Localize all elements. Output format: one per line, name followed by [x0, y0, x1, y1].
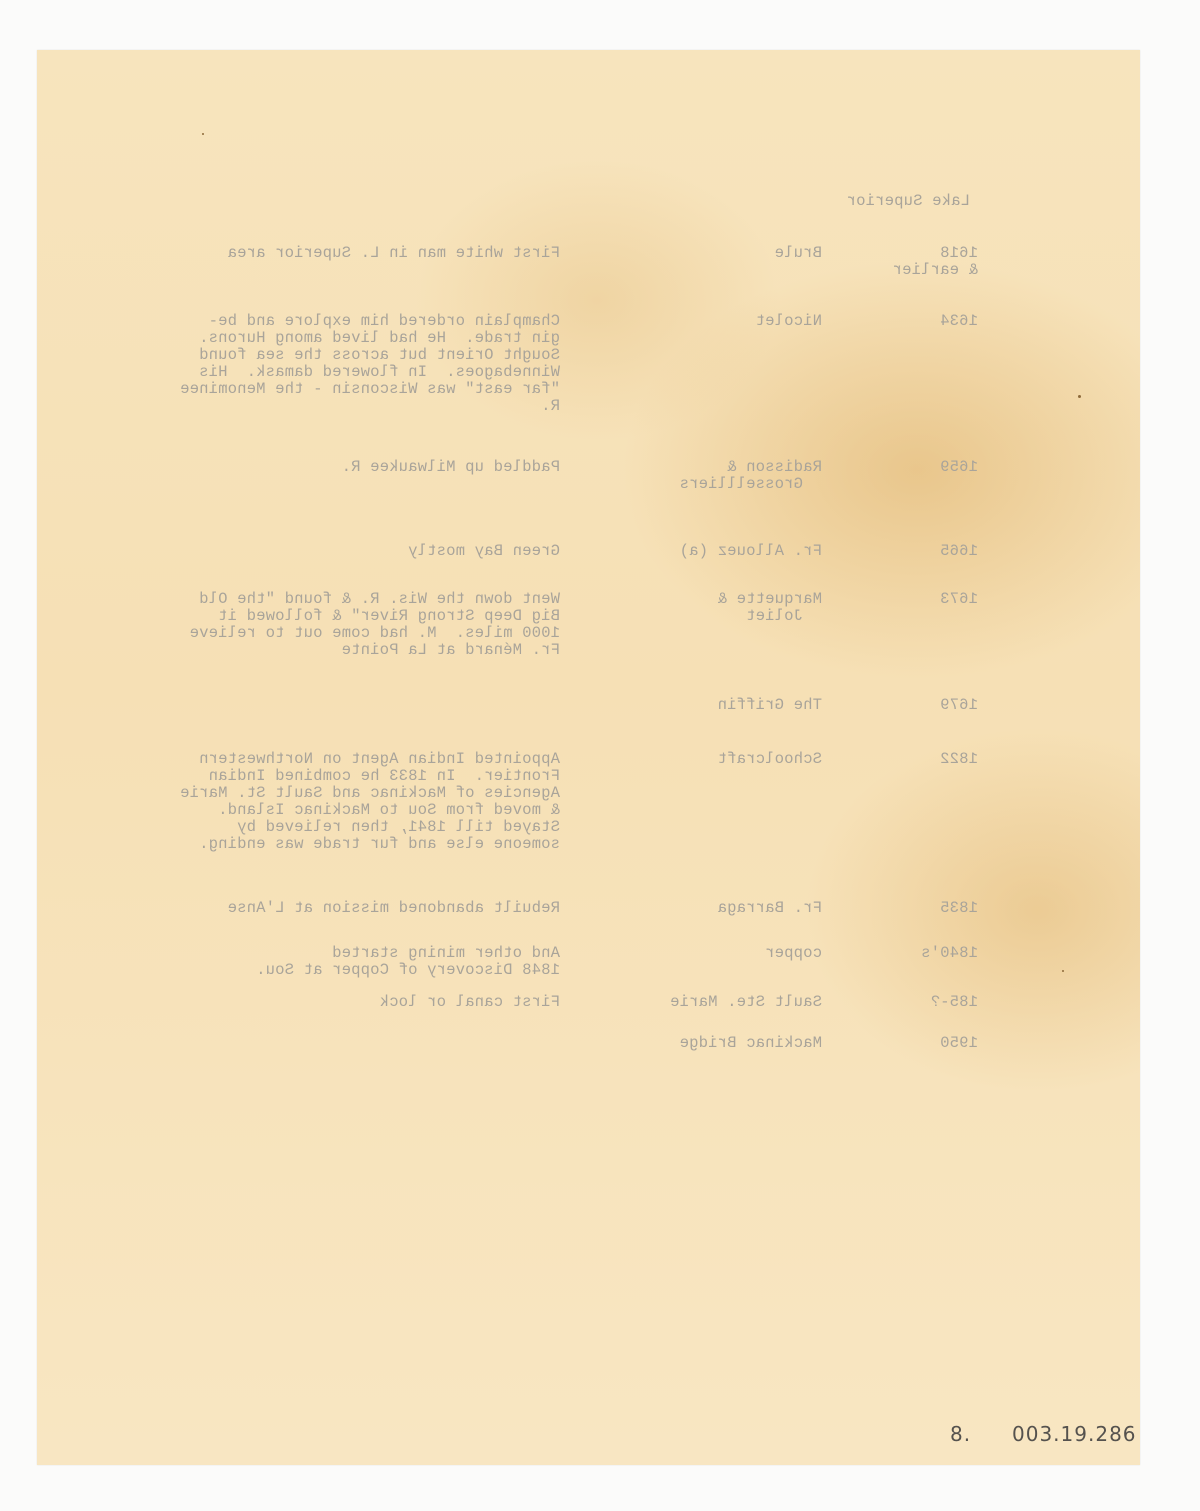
entry-description-line: First canal or lock [379, 994, 560, 1011]
entry-description: First canal or lock [379, 994, 560, 1011]
entry-subject-line: copper [765, 945, 822, 962]
entry-subject-line: Nicolet [755, 313, 822, 330]
entry-subject-line: Radisson & [679, 459, 822, 476]
entry-subject-line: Joliet [717, 608, 822, 625]
entry-year: 1679 [940, 697, 978, 714]
entry-description-line: Winnebagoes. In flowered damask. His [180, 364, 560, 381]
entry-subject-line: Brule [774, 245, 822, 262]
entry-subject-line: Sault Ste. Marie [670, 994, 822, 1011]
entry-description-line: 1848 Discovery of Copper at Sou. [256, 962, 560, 979]
mirrored-typed-text: Lake Superior 1618& earlierBruleFirst wh… [0, 0, 1200, 1511]
entry-description: First white man in L. Superior area [227, 245, 560, 262]
entry-subject: copper [765, 945, 822, 962]
entry-subject: Nicolet [755, 313, 822, 330]
entry-year: 1673 [940, 591, 978, 608]
entry-year: 1634 [940, 313, 978, 330]
entry-description-line: R. [180, 398, 560, 415]
entry-description-line: Frontier. In 1833 he combined Indian [180, 768, 560, 785]
entry-description-line: "far east" was Wisconsin - the Menominee [180, 381, 560, 398]
entry-description-line: Big Deep Strong River" & followed it [189, 608, 560, 625]
entry-subject: Brule [774, 245, 822, 262]
entry-description-line: Agencies of Mackinac and Sault St. Marie [180, 785, 560, 802]
entry-subject: Mackinac Bridge [679, 1035, 822, 1052]
entry-subject: Sault Ste. Marie [670, 994, 822, 1011]
entry-subject-line: Mackinac Bridge [679, 1035, 822, 1052]
entry-subject-line: Fr. Allouez (a) [679, 543, 822, 560]
entry-description-line: Went down the Wis. R. & found "the Old [189, 591, 560, 608]
entry-year: 1665 [940, 543, 978, 560]
entry-description-line: Appointed Indian Agent on Northwestern [180, 751, 560, 768]
entry-description-line: Green Bay mostly [408, 543, 560, 560]
entry-description: Went down the Wis. R. & found "the OldBi… [189, 591, 560, 659]
entry-year-line: 1665 [940, 543, 978, 560]
entry-description-line: And other mining started [256, 945, 560, 962]
entry-year: 185-? [930, 994, 978, 1011]
entry-description-line: 1000 miles. M. had come out to relieve [189, 625, 560, 642]
entry-year: 1840's [921, 945, 978, 962]
entry-description-line: Rebuilt abandoned mission at L'Anse [227, 900, 560, 917]
entry-description-line: Sought Orient but across the sea found [180, 347, 560, 364]
entry-description: Champlain ordered him explore and be-gin… [180, 313, 560, 415]
entry-subject: Radisson & Grossellliers [679, 459, 822, 493]
entry-year-line: 1840's [921, 945, 978, 962]
entry-description: Paddled up Milwaukee R. [341, 459, 560, 476]
entry-subject-line: Fr. Barraga [717, 900, 822, 917]
entry-description: Green Bay mostly [408, 543, 560, 560]
entry-subject: Fr. Allouez (a) [679, 543, 822, 560]
entry-year-line: 1618 [892, 245, 978, 262]
document-title: Lake Superior [846, 193, 970, 210]
entry-description-line: gin trade. He had lived among Hurons. [180, 330, 560, 347]
entry-subject-line: Marquette & [717, 591, 822, 608]
entry-description-line: Champlain ordered him explore and be- [180, 313, 560, 330]
entry-description-line: Stayed till 1841, then relieved by [180, 819, 560, 836]
entry-year-line: 1950 [940, 1035, 978, 1052]
entry-year: 1822 [940, 751, 978, 768]
entry-description: And other mining started1848 Discovery o… [256, 945, 560, 979]
entry-year: 1835 [940, 900, 978, 917]
entry-description-line: Paddled up Milwaukee R. [341, 459, 560, 476]
entry-year-line: 1679 [940, 697, 978, 714]
entry-year: 1950 [940, 1035, 978, 1052]
entry-description-line: & moved from Sou to Mackinac Island. [180, 802, 560, 819]
entry-year-line: 1835 [940, 900, 978, 917]
entry-description-line: First white man in L. Superior area [227, 245, 560, 262]
entry-subject-line: Grossellliers [679, 476, 822, 493]
entry-year-line: 1634 [940, 313, 978, 330]
entry-year: 1659 [940, 459, 978, 476]
entry-subject: Schoolcraft [717, 751, 822, 768]
entry-description: Rebuilt abandoned mission at L'Anse [227, 900, 560, 917]
entry-subject-line: The Griffin [717, 697, 822, 714]
entry-subject: Fr. Barraga [717, 900, 822, 917]
entry-year-line: 1659 [940, 459, 978, 476]
entry-description-line: someone else and fur trade was ending. [180, 836, 560, 853]
entry-subject: Marquette & Joliet [717, 591, 822, 625]
entry-year: 1618& earlier [892, 245, 978, 279]
entry-year-line: & earlier [892, 262, 978, 279]
entry-subject: The Griffin [717, 697, 822, 714]
entry-subject-line: Schoolcraft [717, 751, 822, 768]
entry-description-line: Fr. Ménard at La Pointe [189, 642, 560, 659]
entry-year-line: 185-? [930, 994, 978, 1011]
handwritten-page-number: 8. [950, 1422, 971, 1446]
handwritten-accession-number: 003.19.286 [1012, 1422, 1137, 1446]
entry-year-line: 1673 [940, 591, 978, 608]
entry-description: Appointed Indian Agent on NorthwesternFr… [180, 751, 560, 853]
entry-year-line: 1822 [940, 751, 978, 768]
